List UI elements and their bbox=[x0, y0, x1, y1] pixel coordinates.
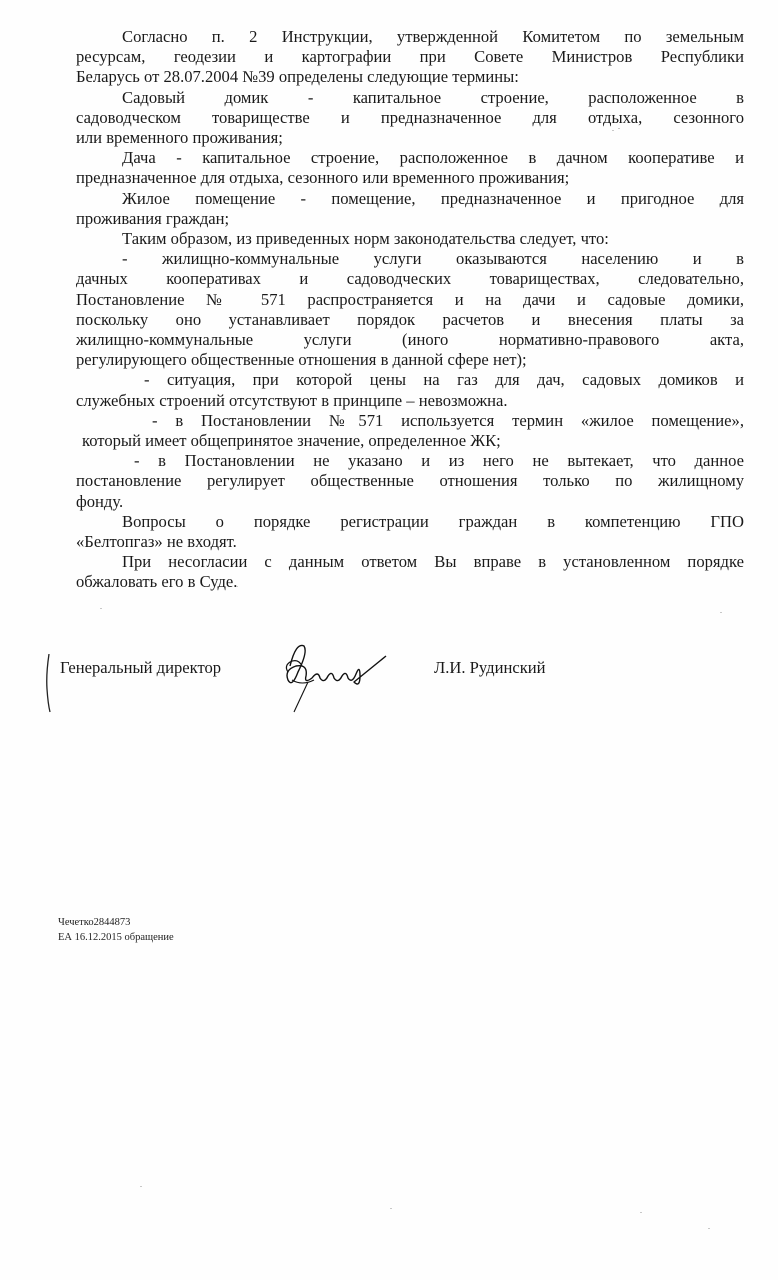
text-line: Жилое помещение - помещение, предназначе… bbox=[76, 189, 744, 209]
text-line: - в Постановлении №571 используется терм… bbox=[76, 411, 744, 431]
paragraph-conclusion-intro: Таким образом, из приведенных норм закон… bbox=[76, 229, 744, 249]
text-line: регулирующего общественные отношения в д… bbox=[76, 350, 744, 370]
text-line: жилищно-коммунальные услуги (иного норма… bbox=[76, 330, 744, 350]
text-line: постановление регулирует общественные от… bbox=[76, 471, 744, 491]
reference-info: ЕА 16.12.2015 обращение bbox=[58, 930, 174, 945]
letter-body: Согласно п. 2 Инструкции, утвержденной К… bbox=[76, 27, 744, 593]
signatory-position: Генеральный директор bbox=[60, 658, 221, 678]
text-line: - в Постановлении не указано и из него н… bbox=[76, 451, 744, 471]
handwritten-signature-icon bbox=[268, 636, 393, 716]
text-line: Садовый домик - капитальное строение, ра… bbox=[76, 88, 744, 108]
text-line: Согласно п. 2 Инструкции, утвержденной К… bbox=[76, 27, 744, 47]
paragraph-living-space-definition: Жилое помещение - помещение, предназначе… bbox=[76, 189, 744, 229]
paragraph-instruction-reference: Согласно п. 2 Инструкции, утвержденной К… bbox=[76, 27, 744, 88]
text-line: фонду. bbox=[76, 492, 744, 512]
margin-mark-icon bbox=[44, 654, 52, 714]
executor-footer: Чечетко2844873 ЕА 16.12.2015 обращение bbox=[58, 915, 174, 945]
text-line: который имеет общепринятое значение, опр… bbox=[76, 431, 744, 451]
paragraph-point-living-space-term: - в Постановлении №571 используется терм… bbox=[76, 411, 744, 451]
text-line: ресурсам, геодезии и картографии при Сов… bbox=[76, 47, 744, 67]
text-line: дачных кооперативах и садоводческих това… bbox=[76, 269, 744, 289]
text-line: предназначенное для отдыха, сезонного ил… bbox=[76, 168, 744, 188]
text-line: проживания граждан; bbox=[76, 209, 744, 229]
paragraph-dacha-definition: Дача - капитальное строение, расположенн… bbox=[76, 148, 744, 188]
text-line: При несогласии с данным ответом Вы вправ… bbox=[76, 552, 744, 572]
text-line: или временного проживания; bbox=[76, 128, 744, 148]
paragraph-point-gas-prices: - ситуация, при которой цены на газ для … bbox=[76, 370, 744, 410]
paragraph-point-housing-fund: - в Постановлении не указано и из него н… bbox=[76, 451, 744, 512]
text-line: служебных строений отсутствуют в принцип… bbox=[76, 391, 744, 411]
paragraph-appeal-notice: При несогласии с данным ответом Вы вправ… bbox=[76, 552, 744, 592]
signature-block: Генеральный директор Л.И. Рудинский bbox=[0, 650, 778, 740]
text-line: Беларусь от 28.07.2004 №39 определены сл… bbox=[76, 67, 744, 87]
text-line: обжаловать его в Суде. bbox=[76, 572, 744, 592]
text-line: поскольку оно устанавливает порядок расч… bbox=[76, 310, 744, 330]
text-line: Вопросы о порядке регистрации граждан в … bbox=[76, 512, 744, 532]
text-line: - жилищно-коммунальные услуги оказываютс… bbox=[76, 249, 744, 269]
paragraph-point-utilities: - жилищно-коммунальные услуги оказываютс… bbox=[76, 249, 744, 370]
document-page: Согласно п. 2 Инструкции, утвержденной К… bbox=[0, 0, 778, 1280]
text-line: Таким образом, из приведенных норм закон… bbox=[76, 229, 744, 249]
text-line: Постановление № 571 распространяется и н… bbox=[76, 290, 744, 310]
paragraph-garden-house-definition: Садовый домик - капитальное строение, ра… bbox=[76, 88, 744, 149]
paragraph-registration-note: Вопросы о порядке регистрации граждан в … bbox=[76, 512, 744, 552]
text-line: - ситуация, при которой цены на газ для … bbox=[76, 370, 744, 390]
text-line: садоводческом товариществе и предназначе… bbox=[76, 108, 744, 128]
text-line: «Белтопгаз» не входят. bbox=[76, 532, 744, 552]
executor-info: Чечетко2844873 bbox=[58, 915, 174, 930]
signatory-name: Л.И. Рудинский bbox=[434, 658, 546, 678]
text-line: Дача - капитальное строение, расположенн… bbox=[76, 148, 744, 168]
